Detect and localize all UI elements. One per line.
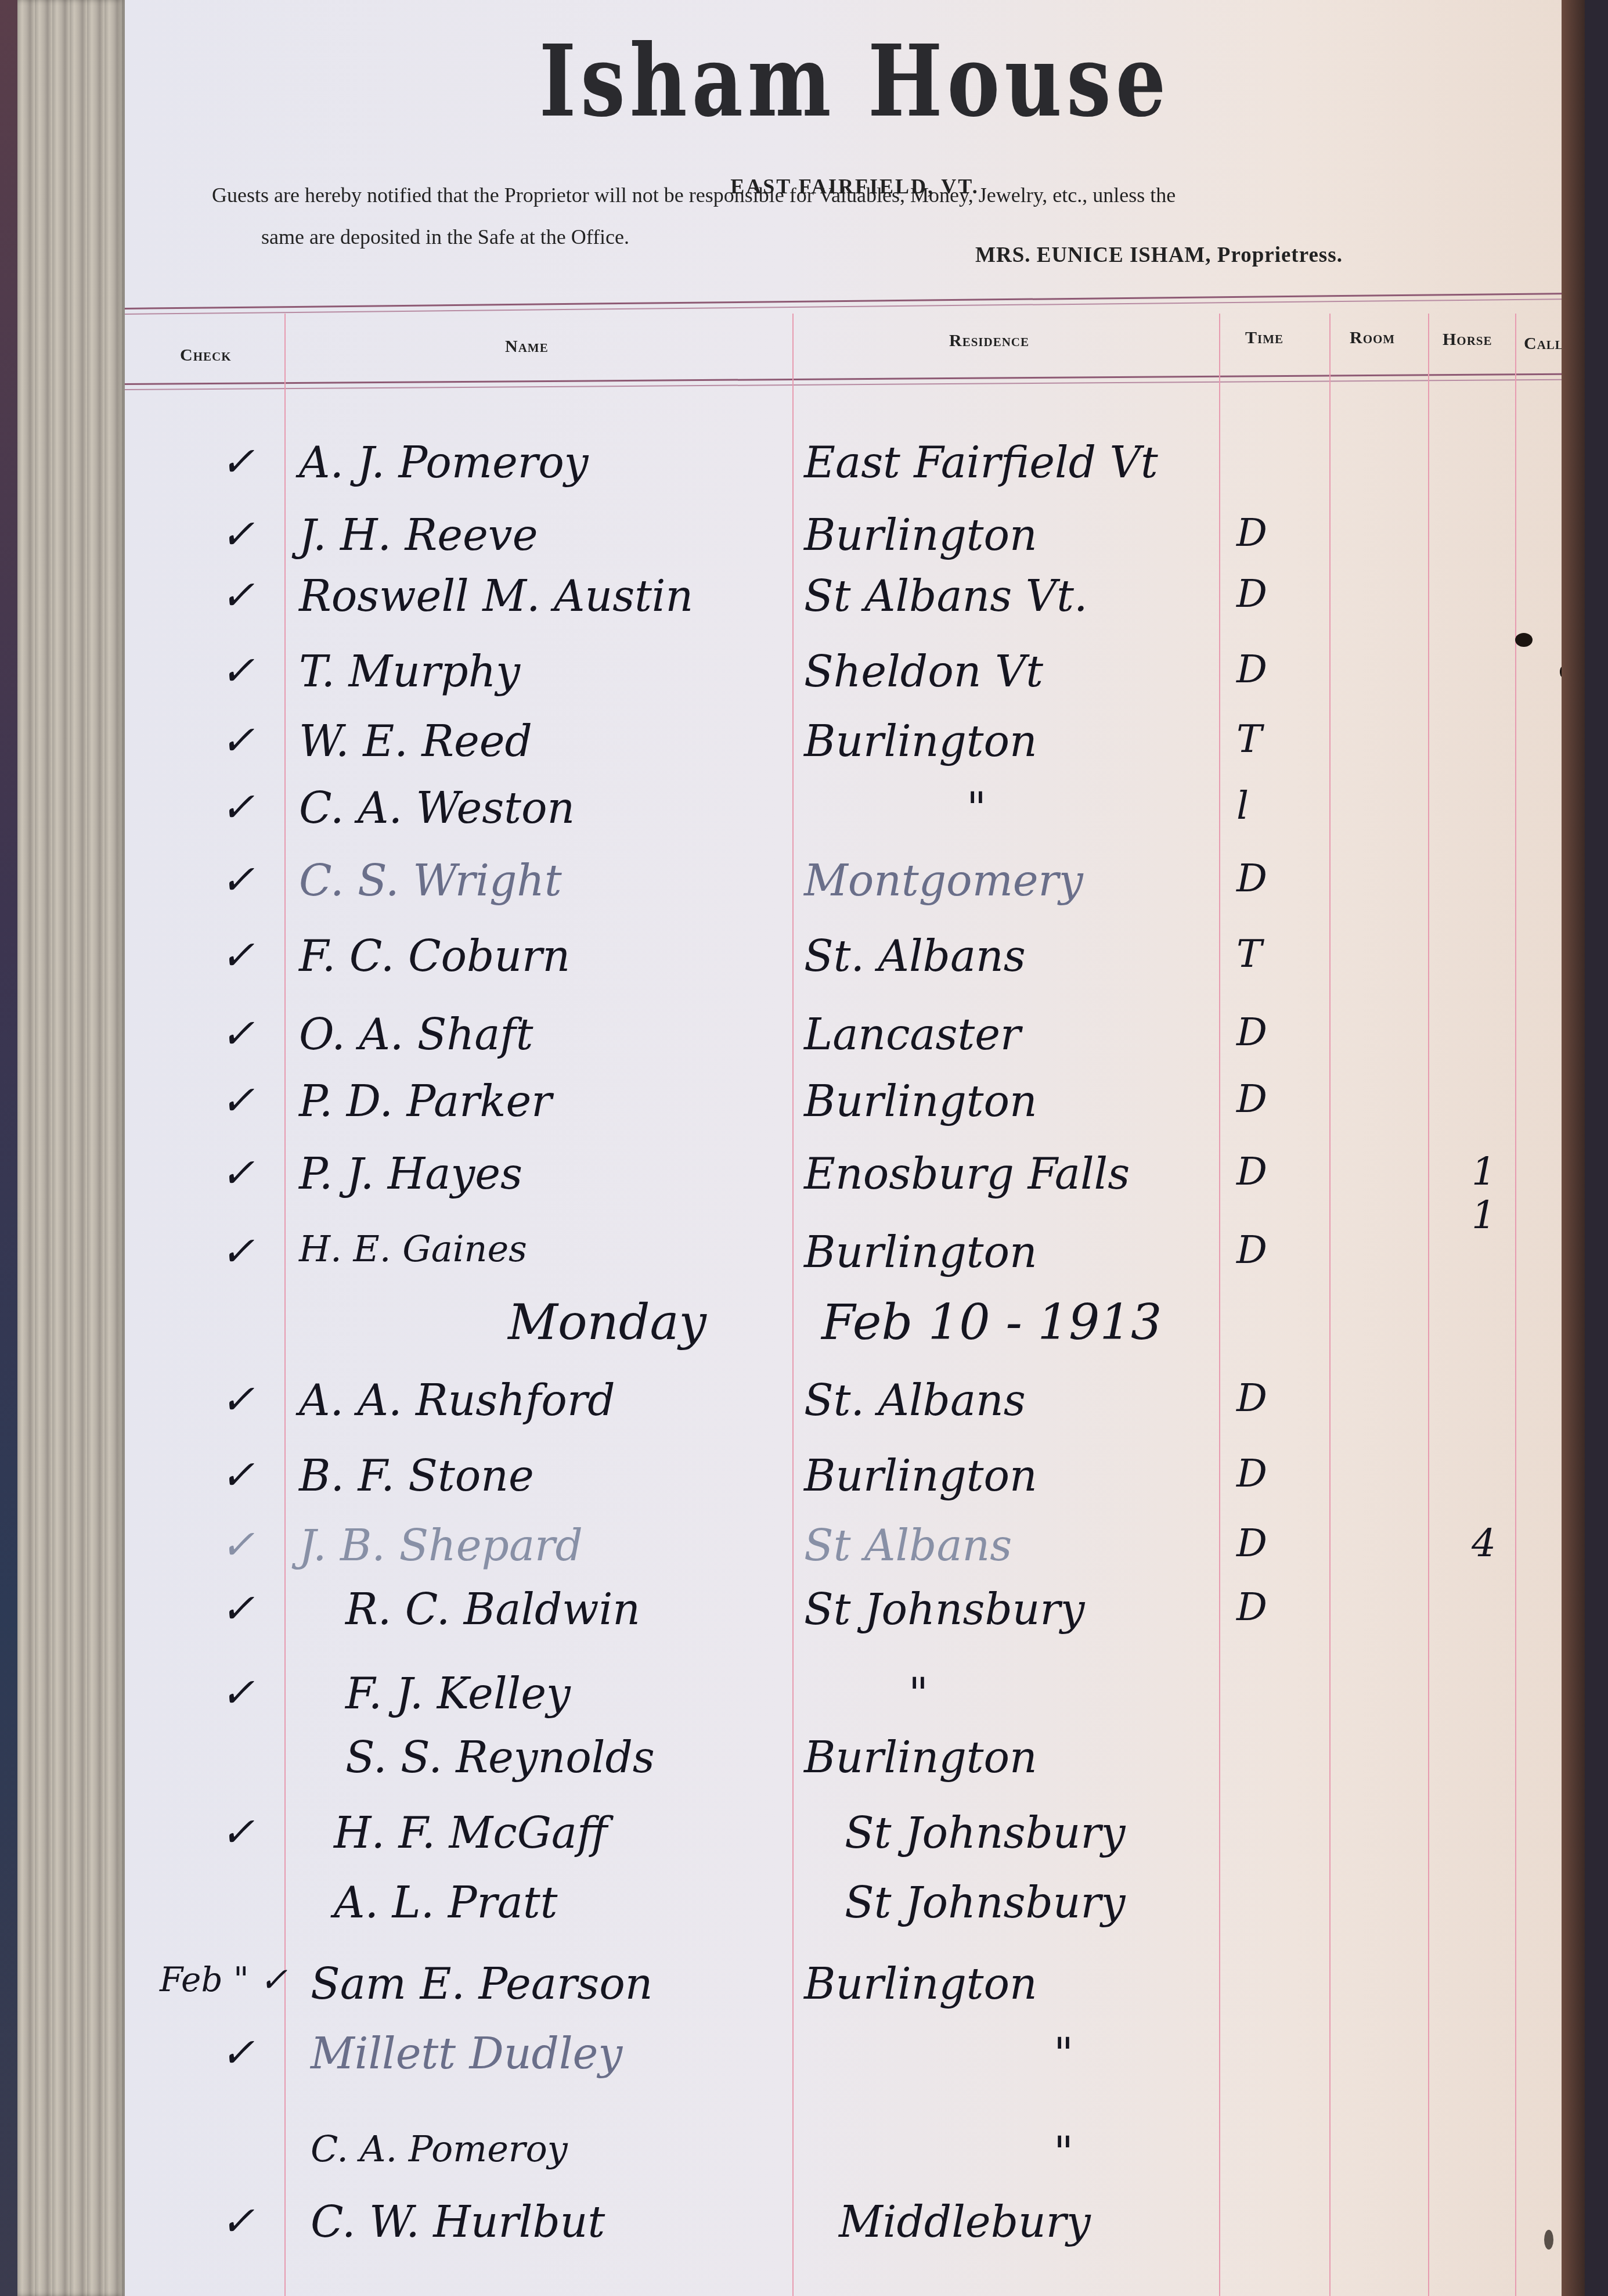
- check-mark: Feb " ✓: [160, 1963, 288, 1996]
- time-mark: D: [1236, 859, 1267, 898]
- register-row: ✓ F. C. Coburn St. Albans T: [125, 935, 1585, 1005]
- time-mark: T: [1236, 720, 1262, 758]
- time-mark: D: [1236, 650, 1267, 689]
- guest-name: B. F. Stone: [299, 1455, 534, 1498]
- guest-residence: St. Albans: [804, 1379, 1026, 1422]
- date-day: Monday: [508, 1298, 706, 1347]
- guest-residence: Burlington: [804, 514, 1037, 557]
- time-mark: D: [1236, 1588, 1267, 1626]
- time-mark: D: [1236, 1013, 1267, 1052]
- guest-name: P. J. Hayes: [299, 1153, 522, 1196]
- guest-name: R. C. Baldwin: [345, 1588, 640, 1631]
- check-mark: ✓: [221, 1588, 255, 1629]
- time-mark: D: [1236, 1455, 1267, 1493]
- register-row: ✓ Millett Dudley ": [125, 2032, 1585, 2102]
- guest-residence: St Johnsbury: [845, 1881, 1126, 1924]
- guest-name: S. S. Reynolds: [345, 1736, 655, 1779]
- time-mark: D: [1236, 575, 1267, 613]
- guest-name: F. J. Kelley: [345, 1672, 571, 1715]
- guest-residence: Montgomery: [804, 859, 1083, 902]
- time-mark: D: [1236, 1153, 1267, 1191]
- horse-mark: 1: [1472, 1196, 1496, 1235]
- book-page-edges: [0, 0, 125, 2296]
- check-mark: ✓: [221, 1812, 255, 1852]
- guest-residence: Burlington: [804, 1231, 1037, 1274]
- guest-name: C. A. Pomeroy: [311, 2131, 568, 2167]
- register-row: ✓ H. F. McGaff St Johnsbury: [125, 1812, 1585, 1881]
- check-mark: ✓: [221, 575, 255, 616]
- guest-residence: ": [1054, 2032, 1073, 2075]
- register-row: ✓ H. E. Gaines Burlington D 1: [125, 1231, 1585, 1301]
- check-mark: ✓: [221, 1013, 255, 1054]
- guest-name: C. W. Hurlbut: [311, 2201, 605, 2244]
- register-row: ✓ F. J. Kelley ": [125, 1672, 1585, 1742]
- time-mark: D: [1236, 514, 1267, 552]
- guest-name: W. E. Reed: [299, 720, 532, 763]
- time-mark: D: [1236, 1080, 1267, 1118]
- check-mark: ✓: [221, 514, 255, 555]
- time-mark: T: [1236, 935, 1262, 973]
- register-row: ✓ O. A. Shaft Lancaster D: [125, 1013, 1585, 1083]
- guest-residence: Enosburg Falls: [804, 1153, 1130, 1196]
- guest-residence: Sheldon Vt: [804, 650, 1043, 693]
- check-mark: ✓: [221, 1524, 255, 1565]
- check-mark: ✓: [221, 1379, 255, 1420]
- register-row: ✓ B. F. Stone Burlington D: [125, 1455, 1585, 1524]
- guest-residence: Burlington: [804, 1080, 1037, 1123]
- guest-name: P. D. Parker: [299, 1080, 552, 1123]
- guest-residence: Burlington: [804, 1736, 1037, 1779]
- register-row: ✓ P. J. Hayes Enosburg Falls D 1: [125, 1153, 1585, 1222]
- register-row: A. L. Pratt St Johnsbury: [125, 1881, 1585, 1951]
- guest-residence: Burlington: [804, 1455, 1037, 1498]
- guest-name: J. H. Reeve: [299, 514, 538, 557]
- check-mark: ✓: [221, 859, 255, 900]
- horse-mark: 4: [1472, 1524, 1496, 1563]
- page-right-edge: [1562, 0, 1585, 2296]
- check-mark: ✓: [221, 787, 255, 827]
- date-divider: Monday Feb 10 - 1913: [125, 1298, 1585, 1367]
- check-mark: ✓: [221, 1153, 255, 1193]
- guest-name: H. E. Gaines: [299, 1231, 527, 1267]
- register-row: ✓ C. W. Hurlbut Middlebury: [125, 2201, 1585, 2270]
- register-row: C. A. Pomeroy ": [125, 2131, 1585, 2201]
- guest-residence: St Albans: [804, 1524, 1012, 1567]
- guest-name: C. A. Weston: [299, 787, 575, 830]
- check-mark: ✓: [221, 1080, 255, 1121]
- guest-residence: ": [967, 787, 986, 830]
- ink-blot: [1515, 633, 1533, 647]
- register-row: ✓ A. A. Rushford St. Albans D: [125, 1379, 1585, 1449]
- register-row: ✓ T. Murphy Sheldon Vt D: [125, 650, 1585, 720]
- check-mark: ✓: [221, 720, 255, 761]
- register-page: Isham House EAST FAIRFIELD, VT. Guests a…: [125, 0, 1585, 2296]
- check-mark: ✓: [221, 2201, 255, 2241]
- ink-blot: [1544, 2230, 1553, 2250]
- guest-residence: St. Albans: [804, 935, 1026, 978]
- guest-residence: Lancaster: [804, 1013, 1021, 1056]
- time-mark: D: [1236, 1231, 1267, 1269]
- guest-name: A. A. Rushford: [299, 1379, 615, 1422]
- register-row: ✓ C. S. Wright Montgomery D: [125, 859, 1585, 929]
- check-mark: ✓: [221, 935, 255, 976]
- guest-name: F. C. Coburn: [299, 935, 570, 978]
- check-mark: ✓: [221, 2032, 255, 2073]
- check-mark: ✓: [221, 650, 255, 691]
- guest-name: H. F. McGaff: [334, 1812, 607, 1855]
- guest-residence: Burlington: [804, 1963, 1037, 2006]
- time-mark: D: [1236, 1379, 1267, 1417]
- guest-name: A. L. Pratt: [334, 1881, 557, 1924]
- guest-name: A. J. Pomeroy: [299, 441, 589, 484]
- register-row: ✓ A. J. Pomeroy East Fairfield Vt: [125, 441, 1585, 511]
- guest-residence: St Johnsbury: [845, 1812, 1126, 1855]
- guest-name: Roswell M. Austin: [299, 575, 693, 618]
- register-row: S. S. Reynolds Burlington: [125, 1736, 1585, 1806]
- check-mark: ✓: [221, 1231, 255, 1272]
- register-row: ✓ P. D. Parker Burlington D: [125, 1080, 1585, 1150]
- guest-residence: St Albans Vt.: [804, 575, 1087, 618]
- guest-name: Millett Dudley: [311, 2032, 622, 2075]
- horse-mark: 1: [1472, 1153, 1496, 1191]
- guest-residence: St Johnsbury: [804, 1588, 1085, 1631]
- guest-residence: Middlebury: [839, 2201, 1091, 2244]
- guest-name: T. Murphy: [299, 650, 520, 693]
- register-row: ✓ W. E. Reed Burlington T: [125, 720, 1585, 790]
- guest-name: J. B. Shepard: [299, 1524, 583, 1567]
- register-row: ✓ C. A. Weston " l: [125, 787, 1585, 856]
- guest-name: Sam E. Pearson: [311, 1963, 653, 2006]
- date-value: Feb 10 - 1913: [821, 1298, 1162, 1347]
- guest-residence: ": [908, 1672, 928, 1715]
- register-row: Feb " ✓ Sam E. Pearson Burlington: [125, 1963, 1585, 2032]
- guest-residence: Burlington: [804, 720, 1037, 763]
- guest-name: C. S. Wright: [299, 859, 562, 902]
- check-mark: ✓: [221, 1672, 255, 1713]
- register-row: ✓ Roswell M. Austin St Albans Vt. D: [125, 575, 1585, 645]
- register-row: ✓ J. B. Shepard St Albans D 4: [125, 1524, 1585, 1594]
- check-mark: ✓: [221, 441, 255, 482]
- time-mark: D: [1236, 1524, 1267, 1563]
- guest-residence: ": [1054, 2131, 1073, 2174]
- guest-residence: East Fairfield Vt: [804, 441, 1158, 484]
- guest-name: O. A. Shaft: [299, 1013, 533, 1056]
- register-entries: ✓ A. J. Pomeroy East Fairfield Vt ✓ J. H…: [125, 0, 1585, 2296]
- time-mark: l: [1236, 787, 1249, 825]
- check-mark: ✓: [221, 1455, 255, 1495]
- register-row: ✓ R. C. Baldwin St Johnsbury D: [125, 1588, 1585, 1658]
